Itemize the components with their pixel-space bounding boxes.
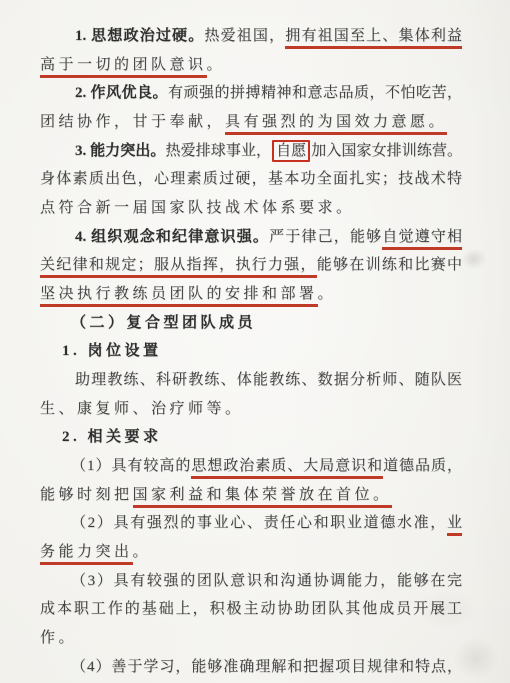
red-underlined-text: 业 bbox=[447, 515, 462, 536]
text-line: 成本职工作的基础上，积极主动协助团队其他成员开展工 bbox=[40, 595, 462, 624]
text-line: 坚决执行教练员团队的安排和部署。 bbox=[40, 280, 462, 309]
text-segment: 1. 岗位设置 bbox=[62, 343, 162, 359]
text-segment: 热爱排球事业， bbox=[166, 143, 272, 159]
text-segment: （3）具有较强的团队意识和沟通协调能力，能够在完 bbox=[71, 573, 462, 589]
text-line: 关纪律和规定；服从指挥，执行力强，能够在训练和比赛中 bbox=[40, 251, 462, 280]
red-boxed-text: 自愿 bbox=[272, 140, 310, 162]
text-segment: 。 bbox=[318, 286, 337, 302]
text-line: （3）具有较强的团队意识和沟通协调能力，能够在完 bbox=[40, 567, 462, 596]
text-segment: 生、康复师、治疗师等。 bbox=[40, 401, 244, 417]
text-segment: 3. 能力突出。 bbox=[75, 143, 166, 159]
text-segment: 作。 bbox=[40, 630, 77, 646]
text-line: 高于一切的团队意识。 bbox=[40, 51, 462, 80]
document-page: 1. 思想政治过硬。热爱祖国，拥有祖国至上、集体利益高于一切的团队意识。2. 作… bbox=[0, 0, 510, 683]
red-underlined-text: 国家利益和集体荣誉放在首位。 bbox=[133, 487, 392, 508]
text-segment: 能够时刻把 bbox=[40, 487, 133, 503]
text-line: 团结协作，甘于奉献，具有强烈的为国效力意愿。 bbox=[40, 108, 462, 137]
text-line: 生、康复师、治疗师等。 bbox=[40, 395, 462, 424]
text-line: （4）善于学习，能够准确理解和把握项目规律和特点， bbox=[40, 653, 462, 682]
text-segment: 能够在训练和比赛中 bbox=[317, 257, 462, 273]
text-segment: 4. 组织观念和纪律意识强。 bbox=[75, 229, 269, 245]
text-line: 作。 bbox=[40, 624, 462, 653]
text-line: （2）具有强烈的事业心、责任心和职业道德水准，业 bbox=[40, 509, 462, 538]
text-segment: 。 bbox=[133, 544, 152, 560]
text-line: 1. 思想政治过硬。热爱祖国，拥有祖国至上、集体利益 bbox=[40, 22, 462, 51]
text-line: 务能力突出。 bbox=[40, 538, 462, 567]
text-line: （二）复合型团队成员 bbox=[40, 309, 462, 338]
text-segment: 助理教练、科研教练、体能教练、数据分析师、随队医 bbox=[75, 372, 462, 388]
text-segment: 团结协作，甘于奉献， bbox=[40, 114, 225, 130]
text-segment: 热爱祖国， bbox=[204, 28, 285, 44]
text-segment: 加入国家女排训练营。 bbox=[311, 143, 462, 159]
red-underlined-text: 坚决执行教练员团队的安排和部署 bbox=[40, 286, 318, 307]
text-line: 4. 组织观念和纪律意识强。严于律己，能够自觉遵守相 bbox=[40, 223, 462, 252]
text-line: 3. 能力突出。热爱排球事业，自愿加入国家女排训练营。 bbox=[40, 137, 462, 166]
text-line: 点符合新一届国家队技战术体系要求。 bbox=[40, 194, 462, 223]
document-text-block: 1. 思想政治过硬。热爱祖国，拥有祖国至上、集体利益高于一切的团队意识。2. 作… bbox=[40, 22, 462, 681]
text-line: 2. 作风优良。有顽强的拼搏精神和意志品质，不怕吃苦， bbox=[40, 79, 462, 108]
text-line: 助理教练、科研教练、体能教练、数据分析师、随队医 bbox=[40, 366, 462, 395]
text-segment: 有顽强的拼搏精神和意志品质，不怕吃苦， bbox=[168, 85, 462, 101]
text-segment: 点符合新一届国家队技战术体系要求。 bbox=[40, 200, 355, 216]
text-line: 2. 相关要求 bbox=[40, 423, 462, 452]
text-segment: （4）善于学习，能够准确理解和把握项目规律和特点， bbox=[71, 659, 462, 675]
text-segment: 2. 作风优良。 bbox=[75, 85, 168, 101]
text-segment: 。 bbox=[207, 57, 226, 73]
text-segment: 严于律己，能够 bbox=[269, 229, 382, 245]
text-segment: （1）具有较高的 bbox=[71, 458, 191, 474]
text-line: 身体素质出色，心理素质过硬，基本功全面扎实；技战术特 bbox=[40, 165, 462, 194]
red-underlined-text: 思想政治素质、大局意识和 bbox=[191, 458, 383, 479]
red-underlined-text: 自觉遵守相 bbox=[382, 229, 462, 250]
scan-smudge bbox=[458, 245, 490, 272]
text-segment: 2. 相关要求 bbox=[62, 429, 162, 445]
text-line: 能够时刻把国家利益和集体荣誉放在首位。 bbox=[40, 481, 462, 510]
text-segment: （二）复合型团队成员 bbox=[71, 315, 256, 331]
red-underlined-text: 务能力突出 bbox=[40, 544, 133, 565]
text-segment: 1. 思想政治过硬。 bbox=[75, 28, 204, 44]
text-segment: 成本职工作的基础上，积极主动协助团队其他成员开展工 bbox=[40, 601, 462, 617]
red-underlined-text: 高于一切的团队意识 bbox=[40, 57, 207, 78]
red-underlined-text: 具有强烈的为国效力意愿。 bbox=[225, 114, 447, 135]
text-line: （1）具有较高的思想政治素质、大局意识和道德品质， bbox=[40, 452, 462, 481]
text-segment: （2）具有强烈的事业心、责任心和职业道德水准， bbox=[71, 515, 447, 531]
text-line: 1. 岗位设置 bbox=[40, 337, 462, 366]
red-underlined-text: 关纪律和规定；服从指挥，执行力强， bbox=[40, 257, 317, 278]
red-underlined-text: 拥有祖国至上、集体利益 bbox=[285, 28, 462, 49]
text-segment: 身体素质出色，心理素质过硬，基本功全面扎实；技战术特 bbox=[40, 171, 462, 187]
text-segment: 道德品质， bbox=[383, 458, 462, 474]
